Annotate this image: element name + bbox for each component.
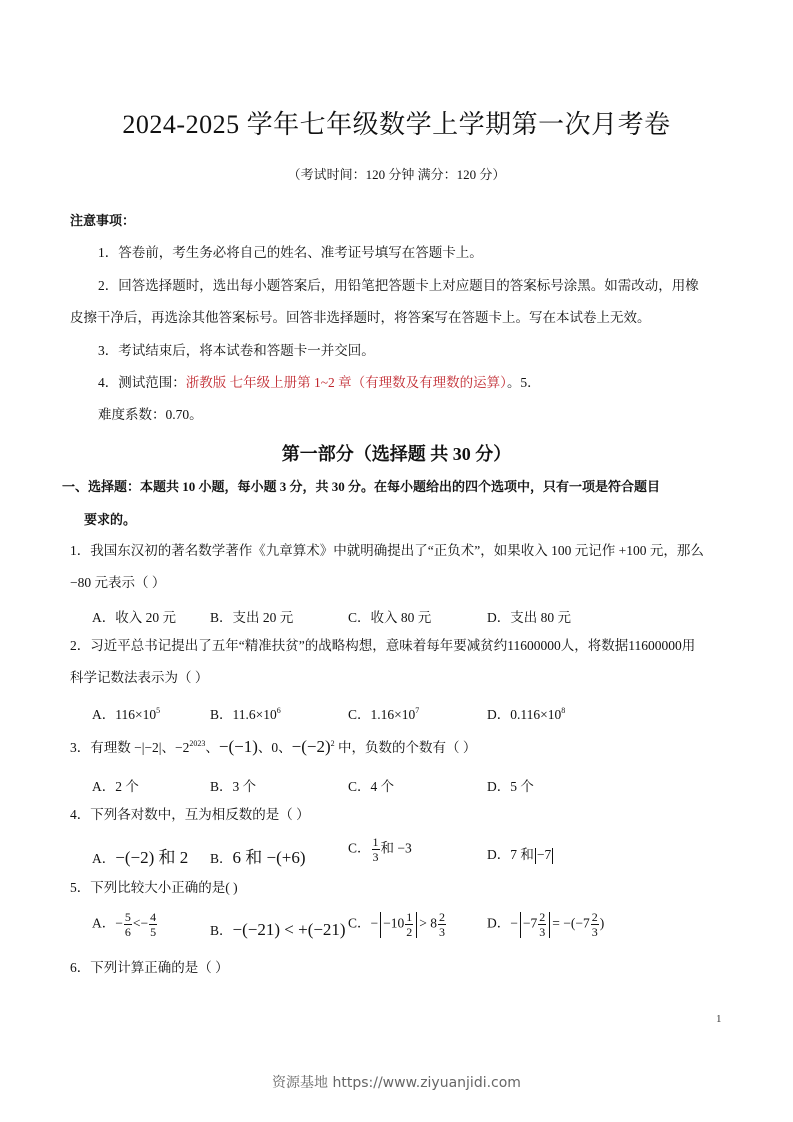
close-paren: ) <box>600 916 605 931</box>
notice-item-1: 1．答卷前，考生务必将自己的姓名、准考证号填写在答题卡上。 <box>98 246 483 260</box>
separator: 、0、 <box>258 740 292 755</box>
abs-bar-right <box>549 912 550 938</box>
notice-item-4: 4．测试范围：浙教版 七年级上册第 1~2 章（有理数及有理数的运算）。5． <box>98 376 541 390</box>
option-value: 7 和 <box>510 847 534 862</box>
fraction: 23 <box>591 911 599 938</box>
option-label: B． <box>210 707 233 722</box>
question-4-option-b[interactable]: B．6 和 −(+6) <box>210 843 306 868</box>
option-label: B． <box>210 923 233 938</box>
notice-item-3: 3．考试结束后，将本试卷和答题卡一并交回。 <box>98 344 375 358</box>
scope-label: 4．测试范围： <box>98 375 186 390</box>
question-5-option-c[interactable]: C．−−1012> 823 <box>348 911 447 938</box>
option-exponent: 7 <box>415 706 419 715</box>
abs-bar-left <box>520 912 521 938</box>
part1-instruction-cont: 要求的。 <box>84 513 136 526</box>
option-value: 0.116×10 <box>510 707 561 722</box>
stem-text: 中，负数的个数有（ ） <box>335 740 477 755</box>
question-1-option-d[interactable]: D．支出 80 元 <box>487 606 571 626</box>
math-expr: −|−2| <box>134 740 161 755</box>
fraction: 12 <box>405 911 413 938</box>
option-value: −(−2) 和 2 <box>115 848 188 867</box>
option-label: D． <box>487 847 510 862</box>
page-number: 1 <box>716 1013 722 1025</box>
mixed-whole: −7 <box>523 916 537 931</box>
stem-text: 3．有理数 <box>70 740 134 755</box>
fraction: 45 <box>149 911 157 938</box>
abs-value: −7 <box>537 847 551 862</box>
question-5-stem: 5．下列比较大小正确的是( ) <box>70 881 238 895</box>
difficulty-coefficient: 难度系数：0.70。 <box>98 408 203 422</box>
option-exponent: 8 <box>561 706 565 715</box>
question-4-option-a[interactable]: A．−(−2) 和 2 <box>92 843 188 868</box>
footer-watermark[interactable]: 资源基地 https://www.ziyuanjidi.com <box>0 1072 793 1092</box>
question-2-option-a[interactable]: A．116×105 <box>92 703 160 723</box>
question-1-option-b[interactable]: B．支出 20 元 <box>210 606 293 626</box>
operator: < <box>133 916 141 931</box>
abs-bar-right <box>416 912 417 938</box>
question-2-stem: 2．习近平总书记提出了五年“精准扶贫”的战略构想，意味着每年要减贫约116000… <box>70 639 695 653</box>
exponent: 2023 <box>189 739 205 748</box>
option-label: A． <box>92 707 115 722</box>
question-4-option-d[interactable]: D．7 和−7 <box>487 843 554 864</box>
fraction: 13 <box>372 836 380 863</box>
option-value: 6 和 −(+6) <box>233 848 306 867</box>
option-value: 116×10 <box>115 707 156 722</box>
rhs-whole: > 8 <box>419 916 437 931</box>
scope-value: 浙教版 七年级上册第 1~2 章（有理数及有理数的运算） <box>186 375 507 390</box>
option-label: C． <box>348 916 371 931</box>
exam-title: 2024-2025 学年七年级数学上学期第一次月考卷 <box>0 104 793 141</box>
option-value: 11.6×10 <box>233 707 277 722</box>
exam-subtitle: （考试时间：120 分钟 满分：120 分） <box>0 164 793 183</box>
question-3-option-c[interactable]: C．4 个 <box>348 775 394 795</box>
question-1-stem-cont: −80 元表示（ ） <box>70 576 165 590</box>
notice-item-2: 2．回答选择题时，选出每小题答案后，用铅笔把答题卡上对应题目的答案标号涂黑。如需… <box>98 279 699 293</box>
option-label: C． <box>348 841 371 856</box>
question-3-stem: 3．有理数 −|−2|、−22023、−(−1)、0、−(−2)2 中，负数的个… <box>70 738 476 755</box>
option-label: C． <box>348 707 371 722</box>
fraction: 56 <box>124 911 132 938</box>
separator: 、 <box>205 740 219 755</box>
option-value: −(−21) < +(−21) <box>233 920 346 939</box>
option-label: B． <box>210 851 233 866</box>
separator: 、 <box>162 740 176 755</box>
question-1-stem: 1．我国东汉初的著名数学著作《九章算术》中就明确提出了“正负术”，如果收入 10… <box>70 544 704 558</box>
option-label: A． <box>92 851 115 866</box>
option-exponent: 5 <box>156 706 160 715</box>
part1-instruction: 一、选择题：本题共 10 小题，每小题 3 分，共 30 分。在每小题给出的四个… <box>62 480 660 493</box>
question-3-option-b[interactable]: B．3 个 <box>210 775 256 795</box>
scope-suffix: 。5． <box>507 375 541 390</box>
option-label: D． <box>487 707 510 722</box>
question-5-option-a[interactable]: A．−56<−45 <box>92 911 158 938</box>
math-expr: −2 <box>175 740 189 755</box>
question-6-stem: 6．下列计算正确的是（ ） <box>70 961 229 975</box>
fraction: 23 <box>438 911 446 938</box>
question-5-option-b[interactable]: B．−(−21) < +(−21) <box>210 919 346 940</box>
abs-bar-left <box>535 848 536 864</box>
part1-heading: 第一部分（选择题 共 30 分） <box>0 440 793 466</box>
option-label: D． <box>487 916 510 931</box>
notice-heading: 注意事项： <box>70 214 135 227</box>
math-expr: −(−1) <box>219 737 258 756</box>
question-2-stem-cont: 科学记数法表示为（ ） <box>70 671 208 685</box>
question-5-option-d[interactable]: D．−−723= −(−723) <box>487 911 604 938</box>
abs-bar-right <box>552 848 553 864</box>
question-3-option-a[interactable]: A．2 个 <box>92 775 139 795</box>
question-2-option-b[interactable]: B．11.6×106 <box>210 703 281 723</box>
option-exponent: 6 <box>277 706 281 715</box>
question-1-option-c[interactable]: C．收入 80 元 <box>348 606 431 626</box>
math-expr: −(−2) <box>292 737 331 756</box>
question-2-option-d[interactable]: D．0.116×108 <box>487 703 565 723</box>
mixed-whole: −10 <box>383 916 404 931</box>
fraction: 23 <box>538 911 546 938</box>
option-label: A． <box>92 916 115 931</box>
rhs-whole: = −(−7 <box>552 916 589 931</box>
option-value: 和 −3 <box>381 841 412 856</box>
question-4-stem: 4．下列各对数中，互为相反数的是（ ） <box>70 808 310 822</box>
abs-bar-left <box>380 912 381 938</box>
question-3-option-d[interactable]: D．5 个 <box>487 775 534 795</box>
option-value: 1.16×10 <box>371 707 416 722</box>
question-4-option-c[interactable]: C．13和 −3 <box>348 836 412 863</box>
question-1-option-a[interactable]: A．收入 20 元 <box>92 606 176 626</box>
question-2-option-c[interactable]: C．1.16×107 <box>348 703 419 723</box>
notice-item-2-cont: 皮擦干净后，再选涂其他答案标号。回答非选择题时，将答案写在答题卡上。写在本试卷上… <box>70 311 651 325</box>
